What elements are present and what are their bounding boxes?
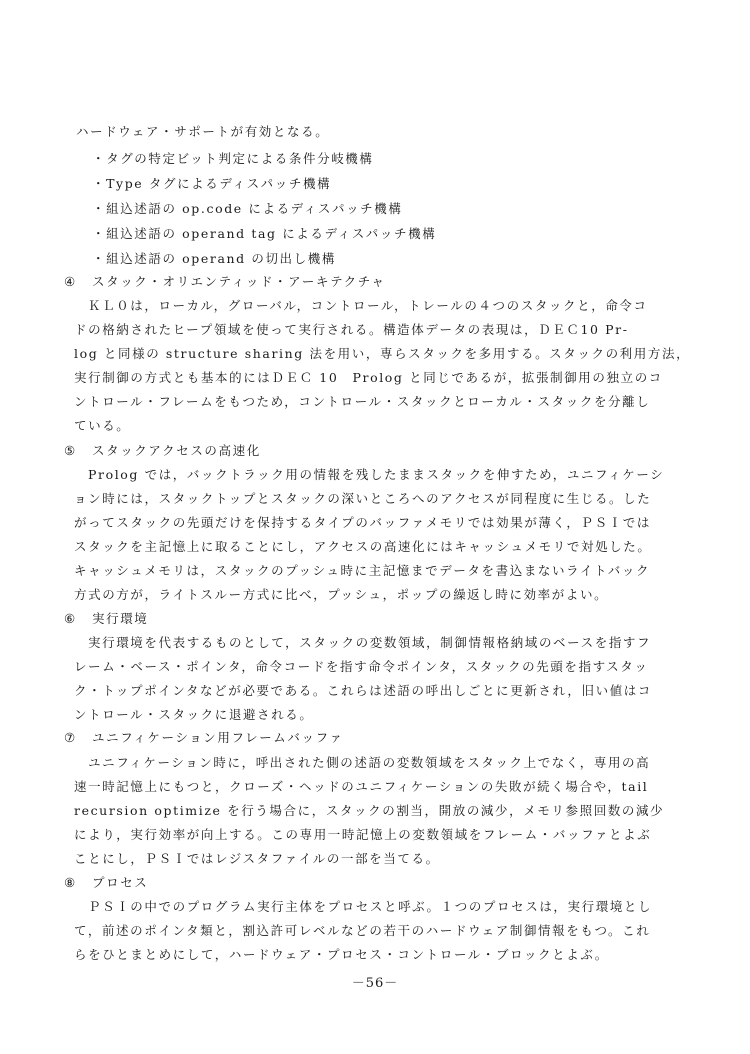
section-heading-8: ⑧プロセス [64,875,148,891]
section-title: スタック・オリエンティッド・アーキテクチャ [92,274,386,289]
paragraph-line: Prolog では，バックトラック用の情報を残したままスタックを伸すため，ユニフ… [88,467,664,483]
section-heading-5: ⑤スタックアクセスの高速化 [64,443,261,459]
paragraph-line: ントロール・スタックに退避される。 [74,707,313,723]
paragraph-line: 実行環境を代表するものとして，スタックの変数領域，制御情報格納域のベースを指すフ [88,635,651,651]
section-title: プロセス [92,875,148,890]
paragraph-line: ントロール・フレームをもつため，コントロール・スタックとローカル・スタックを分離… [74,394,650,410]
paragraph-line: recursion optimize を行う場合に，スタックの割当，開放の減少，… [74,803,664,819]
paragraph-line: 速一時記憶上にもつと，クローズ・ヘッドのユニフィケーションの失敗が続く場合や，t… [74,779,648,795]
bullet-item: 組込述語の op.code によるディスパッチ機構 [92,201,402,217]
paragraph-line: て，前述のポインタ類と，割込許可レベルなどの若干のハードウェア制御情報をもつ。こ… [74,923,650,939]
bullet-item: Type タグによるディスパッチ機構 [92,176,331,192]
section-number: ⑦ [64,730,92,746]
paragraph-line: 方式の方が，ライトスルー方式に比べ，プッシュ，ポップの繰返し時に効率がよい。 [74,587,608,603]
bullet-item: 組込述語の operand の切出し機構 [92,251,336,267]
paragraph-line: ョン時には，スタックトップとスタックの深いところへのアクセスが同程度に生じる。し… [74,491,651,507]
section-number: ⑧ [64,875,92,891]
section-number: ④ [64,274,92,290]
page-number: －56－ [0,972,750,991]
paragraph-line: キャッシュメモリは，スタックのプッシュ時に主記憶までデータを書込まないライトバッ… [74,563,650,579]
section-title: ユニフィケーション用フレームバッファ [92,730,344,745]
paragraph-line: ことにし，ＰＳＩではレジスタファイルの一部を当てる。 [74,851,440,867]
paragraph-line: ＫＬ０は，ローカル，グローバル，コントロール，トレールの４つのスタックと，命令コ [88,298,648,314]
paragraph-line: 実行制御の方式とも基本的にはＤＥＣ 10 Prolog と同じであるが，拡張制御… [74,370,663,386]
paragraph-line: ドの格納されたヒープ領域を使って実行される。構造体データの表現は，ＤＥＣ10 P… [74,322,629,338]
section-title: スタックアクセスの高速化 [92,443,261,458]
paragraph-line: がってスタックの先頭だけを保持するタイプのバッファメモリでは効果が薄く，ＰＳＩで… [74,515,651,531]
section-heading-7: ⑦ユニフィケーション用フレームバッファ [64,730,344,746]
section-title: 実行環境 [92,611,148,626]
document-page: ハードウェア・サポートが有効となる。 タグの特定ビット判定による条件分岐機構 T… [0,0,750,1054]
paragraph-line: スタックを主記憶上に取ることにし，アクセスの高速化にはキャッシュメモリで対処した… [74,539,651,555]
paragraph-line: log と同様の structure sharing 法を用い，専らスタックを多… [74,346,690,362]
bullet-item: 組込述語の operand tag によるディスパッチ機構 [92,226,436,242]
paragraph-line: レーム・ベース・ポインタ，命令コードを指す命令ポインタ，スタックの先頭を指すスタ… [74,659,648,675]
section-number: ⑥ [64,611,92,627]
paragraph-line: ている。 [74,418,130,434]
paragraph-line: ＰＳＩの中でのプログラム実行主体をプロセスと呼ぶ。１つのプロセスは，実行環境とし [88,899,652,915]
paragraph-line: らをひとまとめにして，ハードウェア・プロセス・コントロール・ブロックとよぶ。 [74,947,609,963]
intro-line: ハードウェア・サポートが有効となる。 [76,124,329,140]
section-heading-6: ⑥実行環境 [64,611,148,627]
section-heading-4: ④スタック・オリエンティッド・アーキテクチャ [64,274,386,290]
bullet-item: タグの特定ビット判定による条件分岐機構 [92,151,374,167]
section-number: ⑤ [64,443,92,459]
paragraph-line: により，実行効率が向上する。この専用一時記憶上の変数領域をフレーム・バッファとよ… [74,827,651,843]
paragraph-line: ユニフィケーション時に，呼出された側の述語の変数領域をスタック上でなく，専用の高 [88,755,650,771]
paragraph-line: ク・トップポインタなどが必要である。これらは述語の呼出しごとに更新され，旧い値は… [74,683,652,699]
